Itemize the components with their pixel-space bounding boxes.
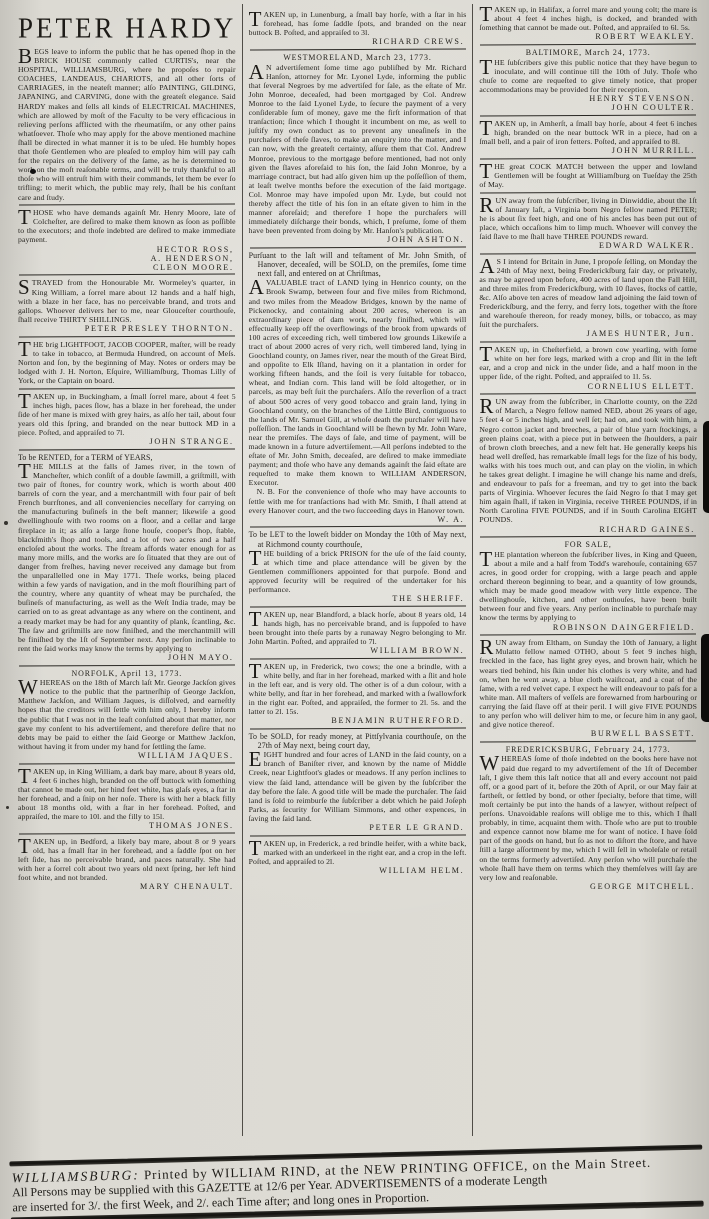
ad-body: TAKEN up, in Cheſterfield, a brown cow y…: [479, 345, 697, 381]
ad: TAKEN up, in Buckingham, a ſmall ſorrel …: [18, 392, 236, 447]
ad: THE brig LIGHTFOOT, JACOB COOPER, maſter…: [18, 340, 236, 385]
ad-signature: JAMES HUNTER, Jun.: [479, 329, 697, 338]
ad-signature: JOHN STRANGE.: [18, 437, 236, 446]
ad-dateline: BALTIMORE, March 24, 1773.: [479, 48, 697, 57]
ad-signature: MARY CHENAULT.: [18, 882, 236, 891]
drop-cap: T: [18, 767, 33, 784]
ad-body: STRAYED from the Honourable Mr. Wormeley…: [18, 278, 236, 323]
ad-divider: [19, 204, 235, 206]
ad-signature: THE SHERIFF.: [249, 594, 467, 603]
drop-cap: R: [479, 638, 495, 655]
ad: TAKEN up, in Halifax, a ſorrel mare and …: [479, 5, 697, 41]
ad-body: WHEREAS ſome of thoſe indebted on the bo…: [479, 754, 697, 881]
ad: PETER HARDYBEGS leave to inform the publ…: [18, 13, 236, 202]
ad-body: THE great COCK MATCH between the upper a…: [479, 162, 697, 189]
ad: TAKEN up, in Lunenburg, a ſmall bay horſ…: [249, 10, 467, 46]
ad: STRAYED from the Honourable Mr. Wormeley…: [18, 278, 236, 333]
ad-signature: WILLIAM HELM.: [249, 866, 467, 875]
ad: BALTIMORE, March 24, 1773.THE ſubſcriber…: [479, 48, 697, 112]
drop-cap: T: [479, 345, 494, 362]
ad-body: RUN away from Eltham, on Sunday the 10th…: [479, 638, 697, 729]
ad-signature: JOHN MURRILL.: [479, 146, 697, 155]
ad-divider: [250, 834, 466, 836]
ad-divider: [19, 762, 235, 764]
ad: FOR SALE,THE plantation whereon the ſubſ…: [479, 540, 697, 631]
ad-signature: A. HENDERSON,: [18, 254, 236, 263]
ad-body: TAKEN up, in Bedford, a likely bay mare,…: [18, 837, 236, 882]
ad-signature: HECTOR ROSS,: [18, 245, 236, 254]
ad-body: EIGHT hundred and four acres of LAND in …: [249, 750, 467, 823]
ad-body: TAKEN up, in Halifax, a ſorrel mare and …: [479, 5, 697, 32]
drop-cap: T: [18, 340, 33, 357]
ad: THOSE who have demands againſt Mr. Henry…: [18, 208, 236, 272]
drop-cap: A: [479, 257, 496, 274]
drop-cap: T: [249, 610, 264, 627]
newspaper-page: PETER HARDYBEGS leave to inform the publ…: [0, 0, 709, 1219]
ad-divider: [480, 341, 696, 343]
ad-body: RUN away from the ſubſcriber, living in …: [479, 196, 697, 241]
ad-divider: [250, 728, 466, 730]
ad-body: TAKEN up, in Amherſt, a ſmall bay horſe,…: [479, 119, 697, 146]
drop-cap: T: [479, 5, 494, 22]
ad: TAKEN up, in Frederick, a red brindle he…: [249, 839, 467, 875]
scan-speck: [4, 521, 8, 525]
ad-divider: [19, 274, 235, 276]
ad-divider: [250, 247, 466, 249]
column-3: TAKEN up, in Halifax, a ſorrel mare and …: [473, 4, 703, 1136]
drop-cap: T: [479, 119, 494, 136]
ad-divider: [250, 605, 466, 607]
ad-signature: W. A.: [249, 515, 467, 524]
ad-signature: JOHN COULTER.: [479, 103, 697, 112]
ad-dateline: FOR SALE,: [479, 540, 697, 549]
drop-cap: R: [479, 397, 495, 414]
ad-dateline: WESTMORELAND, March 23, 1773.: [249, 53, 467, 62]
ad-body: TAKEN up, near Blandford, a black horſe,…: [249, 610, 467, 646]
ad-signature: PETER PRESLEY THORNTON.: [18, 324, 236, 333]
ad-body: TAKEN up, in Frederick, a red brindle he…: [249, 839, 467, 866]
drop-cap: S: [18, 278, 32, 295]
column-1: PETER HARDYBEGS leave to inform the publ…: [12, 4, 242, 1136]
drop-cap: T: [18, 462, 33, 479]
ad-signature: EDWARD WALKER.: [479, 241, 697, 250]
ad-body: AVALUABLE tract of LAND lying in Henrico…: [249, 278, 467, 487]
ad-dateline: NORFOLK, April 13, 1773.: [18, 669, 236, 678]
columns-container: PETER HARDYBEGS leave to inform the publ…: [0, 0, 709, 1136]
drop-cap: E: [249, 750, 264, 767]
ad-signature: JOHN ASHTON.: [249, 235, 467, 244]
ad-divider: [19, 335, 235, 337]
ad-signature: GEORGE MITCHELL.: [479, 882, 697, 891]
ad-body: TAKEN up, in Frederick, two cows; the on…: [249, 662, 467, 717]
drop-cap: T: [479, 58, 494, 75]
ad-dateline: FREDERICKSBURG, February 24, 1773.: [479, 745, 697, 754]
ad: To be SOLD, for ready money, at Pittſylv…: [249, 732, 467, 832]
ad: RUN away from the ſubſcriber, in Charlot…: [479, 397, 697, 533]
ad: TAKEN up, near Blandford, a black horſe,…: [249, 610, 467, 655]
ad-divider: [480, 157, 696, 159]
ad-body: AS I intend for Britain in June, I propo…: [479, 257, 697, 330]
drop-cap: A: [249, 278, 266, 295]
ad-divider: [250, 526, 466, 528]
ad-intro: To be LET to the loweſt bidder on Monday…: [249, 530, 467, 548]
ad-divider: [19, 664, 235, 666]
ad-body: THE brig LIGHTFOOT, JACOB COOPER, maſter…: [18, 340, 236, 385]
ad-signature: WILLIAM BROWN.: [249, 646, 467, 655]
scan-speck: [6, 806, 9, 809]
column-2: TAKEN up, in Lunenburg, a ſmall bay horſ…: [242, 4, 474, 1136]
drop-cap: T: [249, 839, 264, 856]
drop-cap: T: [18, 837, 33, 854]
scan-ink-mark: [703, 421, 709, 513]
ad: THE great COCK MATCH between the upper a…: [479, 162, 697, 189]
ad-signature: CORNELIUS ELLETT.: [479, 382, 697, 391]
ad: TAKEN up, in Cheſterfield, a brown cow y…: [479, 345, 697, 390]
ad-divider: [19, 832, 235, 834]
ad-divider: [250, 48, 466, 50]
ad: TAKEN up, in Bedford, a likely bay mare,…: [18, 837, 236, 892]
ad-body-postscript: N. B. For the convenience of thoſe who m…: [249, 487, 467, 514]
printer-imprint: WILLIAMSBURG: Printed by WILLIAM RIND, a…: [9, 1143, 703, 1219]
ad: TAKEN up, in King William, a dark bay ma…: [18, 767, 236, 831]
ad-divider: [480, 740, 696, 742]
ad-signature: WILLIAM JAQUES.: [18, 751, 236, 760]
ad: Purſuant to the laſt will and teſtament …: [249, 251, 467, 524]
drop-cap: T: [18, 208, 33, 225]
ad-signature: JOHN MAYO.: [18, 653, 236, 662]
drop-cap: T: [249, 662, 264, 679]
ad-divider: [480, 536, 696, 538]
ad-signature: RICHARD CREWS.: [249, 37, 467, 46]
ad: TAKEN up, in Frederick, two cows; the on…: [249, 662, 467, 726]
ad: AS I intend for Britain in June, I propo…: [479, 257, 697, 339]
ad-divider: [480, 634, 696, 636]
ad-divider: [480, 114, 696, 116]
ad: RUN away from the ſubſcriber, living in …: [479, 196, 697, 251]
ad: TAKEN up, in Amherſt, a ſmall bay horſe,…: [479, 119, 697, 155]
drop-cap: A: [249, 63, 266, 80]
ad: WESTMORELAND, March 23, 1773.AN advertiſ…: [249, 53, 467, 244]
ad-body: TAKEN up, in Buckingham, a ſmall ſorrel …: [18, 392, 236, 437]
ad-body: RUN away from the ſubſcriber, in Charlot…: [479, 397, 697, 524]
ad-signature: THOMAS JONES.: [18, 821, 236, 830]
ad: FREDERICKSBURG, February 24, 1773.WHEREA…: [479, 745, 697, 891]
ad-intro: To be RENTED, for a TERM of YEARS,: [18, 453, 236, 462]
ad-signature: ROBINSON DAINGERFIELD.: [479, 623, 697, 632]
ad-signature: RICHARD GAINES.: [479, 525, 697, 534]
ad: To be LET to the loweſt bidder on Monday…: [249, 530, 467, 603]
drop-cap: T: [479, 550, 494, 567]
ad-signature: PETER LE GRAND.: [249, 823, 467, 832]
ad-divider: [19, 448, 235, 450]
ad-divider: [250, 657, 466, 659]
ad-body: THE ſubſcribers give this public notice …: [479, 58, 697, 94]
ad-divider: [480, 393, 696, 395]
ad-body: THE building of a brick PRISON for the u…: [249, 549, 467, 594]
ad-headline: PETER HARDY: [18, 12, 236, 44]
drop-cap: T: [18, 392, 33, 409]
ad-body: AN advertiſement ſome time ago publiſhed…: [249, 63, 467, 236]
ad-signature: BENJAMIN RUTHERFORD.: [249, 716, 467, 725]
drop-cap: T: [479, 162, 494, 179]
ad-divider: [480, 252, 696, 254]
ad-body: THE plantation whereon the ſubſcriber li…: [479, 550, 697, 623]
ad: NORFOLK, April 13, 1773.WHEREAS on the 1…: [18, 669, 236, 760]
ad-body: BEGS leave to inform the public that he …: [18, 47, 236, 202]
ad-divider: [19, 387, 235, 389]
ad-intro: Purſuant to the laſt will and teſtament …: [249, 251, 467, 278]
ad-body: THE MILLS at the falls of James river, i…: [18, 462, 236, 653]
ad-body: THOSE who have demands againſt Mr. Henry…: [18, 208, 236, 244]
ad-signature: ROBERT WEAKLEY.: [479, 32, 697, 41]
ad-body: WHEREAS on the 18th of March laſt Mr. Ge…: [18, 678, 236, 751]
ad-signature: HENRY STEVENSON.: [479, 94, 697, 103]
ad: RUN away from Eltham, on Sunday the 10th…: [479, 638, 697, 738]
ad-intro: To be SOLD, for ready money, at Pittſylv…: [249, 732, 467, 750]
drop-cap: W: [479, 754, 501, 771]
scan-ink-mark: [701, 634, 709, 722]
drop-cap: T: [249, 10, 264, 27]
drop-cap: B: [18, 47, 34, 64]
drop-cap: T: [249, 549, 264, 566]
drop-cap: R: [479, 196, 495, 213]
scan-speck: [30, 169, 36, 174]
ad-body: TAKEN up, in King William, a dark bay ma…: [18, 767, 236, 822]
ad: To be RENTED, for a TERM of YEARS,THE MI…: [18, 453, 236, 662]
drop-cap: W: [18, 678, 40, 695]
ad-divider: [480, 43, 696, 45]
ad-divider: [480, 191, 696, 193]
ad-body: TAKEN up, in Lunenburg, a ſmall bay horſ…: [249, 10, 467, 37]
ad-signature: CLEON MOORE.: [18, 263, 236, 272]
ad-signature: BURWELL BASSETT.: [479, 729, 697, 738]
